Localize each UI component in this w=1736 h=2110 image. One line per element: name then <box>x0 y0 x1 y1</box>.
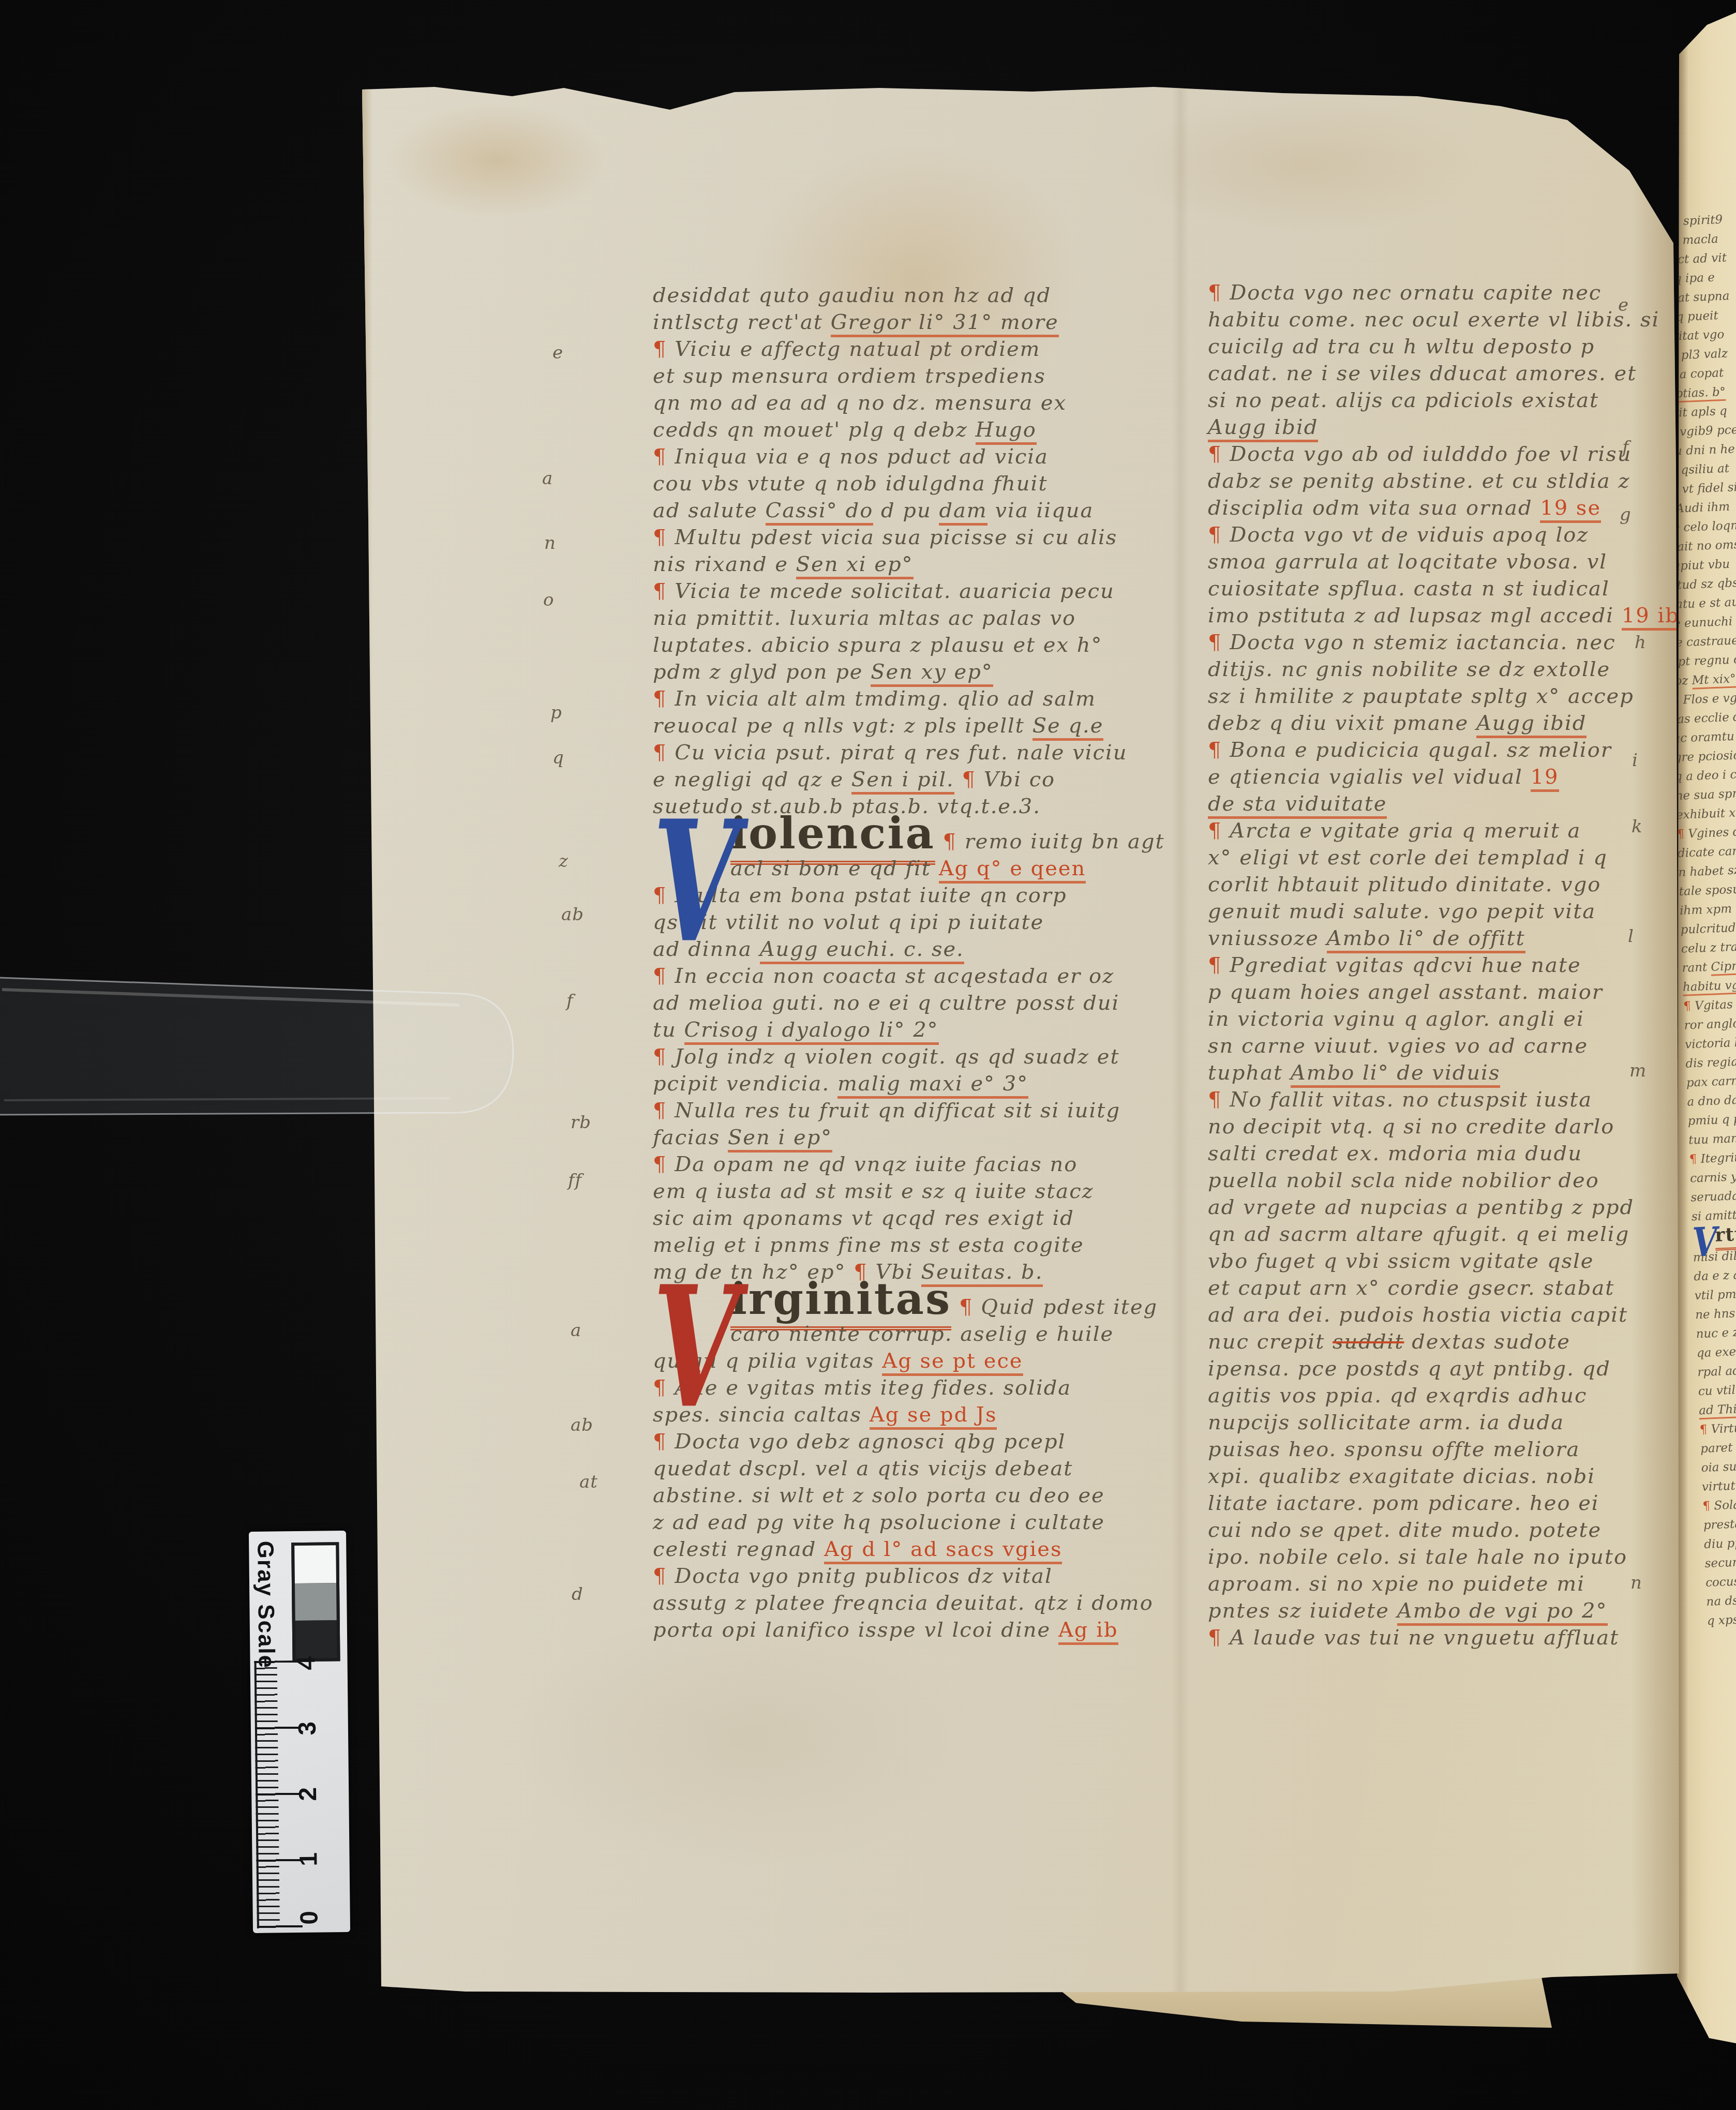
text-line: pntes sz iuidete Ambo de vgi po 2° <box>1208 1597 1681 1624</box>
text-segment: si amittit nq <box>1691 1207 1736 1223</box>
text-line: genuit mudi salute. vgo pepit vita <box>1208 898 1681 925</box>
text-line: no decipit vtq. q si no credite darlo <box>1208 1113 1681 1140</box>
text-line: nia pmittit. luxuria mltas ac palas vo <box>653 605 1136 632</box>
text-line: ¶ Docta vgo n stemiz iactancia. nec <box>1208 629 1681 656</box>
text-line: seruada e na <box>1690 1186 1736 1208</box>
text-line: ¶ In eccia non coacta st acqestada er oz <box>653 963 1136 990</box>
margin-letter: k <box>1632 816 1643 837</box>
text-line: et sup mensura ordiem trspediens <box>653 363 1136 390</box>
text-line: ¶ Iniqua via e q nos pduct ad vicia <box>653 443 1136 470</box>
text-line: ¶ Jolg indz q violen cogit. qs qd suadz … <box>653 1043 1136 1070</box>
text-line: ¶ In vicia alt alm tmdimg. qlio ad salm <box>653 685 1136 712</box>
text-segment: ¶ <box>653 964 667 988</box>
text-segment: ¶ <box>962 768 976 791</box>
text-segment: sic aim qponams vt qcqd res exigt id <box>653 1206 1074 1230</box>
text-segment: Sen i pil. <box>851 768 954 795</box>
right-column: ¶ Docta vgo nec ornatu capite nec habitu… <box>1208 279 1681 1651</box>
text-segment: cu vtil e <box>1698 1383 1736 1399</box>
text-line: nuc crepit suddit dextas sudote <box>1208 1328 1681 1355</box>
text-segment: ¶ <box>653 687 667 711</box>
text-segment: Multu pdest vicia sua picisse si cu alis <box>675 526 1117 549</box>
fore-edge-next-leaves: auct spirit9 sine macla pduct ad vit ad … <box>1675 10 1736 2054</box>
text-segment: z ad ead pg vite hq psolucione i cultate <box>653 1510 1105 1534</box>
text-line: sn carne viuut. vgies vo ad carne <box>1208 1032 1681 1059</box>
text-line: vniussoze Ambo li° de offitt <box>1208 925 1681 952</box>
text-segment: Iniqua via e q nos pduct ad vicia <box>675 445 1049 469</box>
text-segment: salti credat ex. mdoria mia dudu <box>1208 1142 1582 1165</box>
text-segment: habitu come. nec ocul exerte vl libis. s… <box>1208 308 1659 332</box>
text-line: melig et i pnms fine ms st esta cogite <box>653 1232 1136 1259</box>
text-segment: Ag ib <box>1058 1618 1118 1645</box>
text-segment: ¶ <box>1208 631 1222 654</box>
text-segment: ror angloz <box>1684 1016 1736 1032</box>
text-segment: imo pstituta z ad lupsaz mgl accedi <box>1208 604 1614 627</box>
text-line: desiddat quto gaudiu non hz ad qd <box>653 282 1136 309</box>
text-segment: virtuti <box>1702 1479 1736 1494</box>
text-line: salti credat ex. mdoria mia dudu <box>1208 1140 1681 1167</box>
text-line: smoa garrula at loqcitate vbosa. vl <box>1208 548 1681 575</box>
text-segment: ¶ <box>653 526 667 549</box>
text-line: abstine. si wlt et z solo porta cu deo e… <box>653 1482 1136 1509</box>
text-line: facias Sen i ep° <box>653 1124 1136 1151</box>
text-line: a dno data e <box>1687 1090 1736 1112</box>
text-line: cadat. ne i se viles dducat amores. et <box>1208 360 1681 387</box>
text-segment: reuocal pe q nlls vgt: z pls ipellt <box>653 714 1025 738</box>
text-segment: pcipit vendicia. <box>653 1072 830 1096</box>
text-segment: melig et i pnms fine ms st esta cogite <box>653 1233 1084 1257</box>
text-segment: secura z i <box>1704 1555 1736 1570</box>
text-line: ad dinna Augg euchi. c. se. <box>653 936 1136 963</box>
text-segment: ¶ <box>653 1430 667 1454</box>
text-segment: Se q.e <box>1032 714 1104 741</box>
text-line: ¶ Docta vgo pnitg publicos dz vital <box>653 1563 1136 1590</box>
text-segment: caro niente corrup. aselig e huile <box>730 1322 1114 1346</box>
text-line: cocussa bo <box>1705 1570 1736 1593</box>
text-segment: acl si bon e qd fit <box>730 857 931 880</box>
text-segment: nuc crepit <box>1208 1330 1325 1354</box>
text-segment: remo iuitg bn agt <box>965 830 1165 854</box>
text-segment: d pu <box>881 499 932 522</box>
text-segment: carnis y mete <box>1690 1169 1736 1185</box>
calibration-patches <box>291 1542 340 1662</box>
text-line: pulcritudie <box>1680 918 1736 940</box>
text-line: pax carnis z <box>1686 1071 1736 1093</box>
text-line: de sta viduitate <box>1208 790 1681 817</box>
text-line: luptates. abicio spura z plausu et ex h° <box>653 632 1136 659</box>
text-line: ¶ Arcta e vgitate gria q meruit a <box>1208 817 1681 844</box>
text-line: ¶ Pgrediat vgitas qdcvi hue nate <box>1208 952 1681 979</box>
ruler-number: 0 <box>295 1911 323 1925</box>
text-line: ¶ Aue e vgitas mtis iteg fides. solida <box>653 1374 1136 1401</box>
text-segment: ¶ <box>653 1564 667 1588</box>
text-segment: x° eligi vt est corle dei templad i q <box>1208 846 1608 870</box>
text-segment: da e z ad oia <box>1694 1267 1736 1284</box>
text-line: misi dilige <box>1693 1246 1736 1268</box>
text-segment: ¶ <box>653 1045 667 1069</box>
text-segment: Docta vgo vt de viduis apoq loz <box>1230 523 1589 547</box>
text-segment: ad dinna <box>653 937 752 961</box>
ruler-number: 1 <box>294 1852 323 1866</box>
text-segment: puella nobil scla nide nobilior deo <box>1208 1169 1599 1192</box>
text-segment: malig maxi e° 3° <box>837 1072 1028 1099</box>
text-segment: Ag q° e qeen <box>939 857 1086 884</box>
text-segment: ¶ <box>653 1153 667 1176</box>
text-segment: victoria libi <box>1685 1036 1736 1052</box>
text-segment: ¶ <box>1208 281 1222 305</box>
text-segment: qsulit vtilit no volut q ipi p iuitate <box>653 910 1044 934</box>
text-segment: 19 se <box>1540 496 1601 523</box>
text-line: imo pstituta z ad lupsaz mgl accedi 19 i… <box>1208 602 1681 629</box>
text-line: caro niente corrup. aselig e huile <box>653 1321 1136 1348</box>
gray-scale-label: Gray Scale <box>252 1540 279 1669</box>
text-segment: Docta vgo n stemiz iactancia. nec <box>1230 631 1616 654</box>
text-segment: ¶ <box>1689 1153 1697 1166</box>
text-line: diu ppetuu <box>1704 1532 1736 1554</box>
text-line: qn mo ad ea ad q no dz. mensura ex <box>653 390 1136 416</box>
text-segment: suddit <box>1333 1330 1404 1354</box>
text-line: pdm z glyd pon pe Sen xy ep° <box>653 659 1136 685</box>
text-segment: diu ppetuu <box>1704 1535 1736 1551</box>
text-segment: Ambo li° de viduis <box>1291 1061 1501 1088</box>
text-line: ror angloz <box>1684 1013 1736 1036</box>
text-segment: de sta viduitate <box>1208 792 1387 819</box>
text-segment: ad ara dei. pudois hostia victia capit <box>1208 1303 1628 1327</box>
margin-letter: p <box>550 702 562 723</box>
text-segment: habitu vgi <box>1682 978 1736 996</box>
text-line: ne hns vite q <box>1695 1303 1736 1325</box>
section-heading: Virginitas ¶ Quid pdest iteg <box>653 1285 1136 1321</box>
text-segment: cui ndo se qpet. dite mudo. potete <box>1208 1518 1602 1542</box>
text-segment: ¶ <box>1208 953 1222 977</box>
text-segment: nis rixand e <box>653 552 788 576</box>
text-segment: Virtuti oia <box>1711 1420 1736 1436</box>
text-line: da e z ad oia <box>1694 1265 1736 1287</box>
text-segment: Augg ibid <box>1476 711 1587 738</box>
text-segment: dam <box>939 499 987 526</box>
text-line: aproam. si no xpie no puidete mi <box>1208 1570 1681 1597</box>
text-line: na ds dedit <box>1706 1590 1736 1612</box>
ruler-numbers: 43210 <box>249 1531 346 1532</box>
margin-letter: q <box>552 747 564 768</box>
text-segment: tuphat <box>1208 1061 1283 1085</box>
text-segment: qa exercet co <box>1697 1343 1736 1360</box>
text-segment: sz i hmilite z pauptate spltg x° accep <box>1208 684 1634 708</box>
section-heading: Violencia ¶ remo iuitg bn agt <box>653 820 1136 855</box>
text-segment: Jolg indz q violen cogit. qs qd suadz et <box>675 1045 1119 1069</box>
text-segment: ¶ <box>1208 819 1222 843</box>
text-segment: Ambo de vgi po 2° <box>1397 1599 1608 1626</box>
text-line: z ad ead pg vite hq psolucione i cultate <box>653 1509 1136 1536</box>
text-segment: Viciu e affectg natual pt ordiem <box>675 337 1040 361</box>
text-segment: ¶ <box>653 445 667 469</box>
margin-letter: i <box>1632 750 1638 771</box>
text-line: cu vtil e Pau <box>1698 1379 1736 1401</box>
margin-letter: z <box>559 851 568 872</box>
margin-letter: m <box>1629 1060 1647 1081</box>
text-segment: Hugo <box>976 418 1037 445</box>
text-line: et caput arn x° cordie gsecr. stabat <box>1208 1275 1681 1301</box>
manuscript-photo: auct spirit9 sine macla pduct ad vit ad … <box>0 0 1736 2110</box>
margin-letter: a <box>571 1320 581 1341</box>
text-line: e negligi qd qz e Sen i pil. ¶ Vbi co <box>653 766 1136 793</box>
margin-letter: rb <box>571 1112 591 1133</box>
calibration-patch <box>295 1621 337 1659</box>
text-line: ¶ Multa em bona pstat iuite qn corp <box>653 882 1136 909</box>
margin-letter: f <box>566 991 574 1011</box>
text-line: porta opi lanifico isspe vl lcoi dine Ag… <box>653 1617 1136 1643</box>
text-line: ¶ Viciu e affectg natual pt ordiem <box>653 336 1136 363</box>
margin-letter: f <box>1622 437 1629 458</box>
text-segment: ad salute <box>653 499 758 522</box>
text-segment: Nulla res tu fruit qn difficat sit si iu… <box>675 1099 1120 1123</box>
text-line: qa exercet co <box>1696 1341 1736 1364</box>
text-segment: Sen xy ep° <box>871 660 993 687</box>
text-line: x° eligi vt est corle dei templad i q <box>1208 844 1681 871</box>
text-segment: genuit mudi salute. vgo pepit vita <box>1208 900 1596 923</box>
text-segment: litate iactare. pom pdicare. heo ei <box>1208 1491 1599 1515</box>
text-segment: paret si vis <box>1700 1440 1736 1456</box>
text-segment: ¶ <box>1208 523 1222 547</box>
text-segment: Da opam ne qd vnqz iuite facias no <box>675 1153 1077 1176</box>
text-segment: dextas sudote <box>1412 1330 1570 1354</box>
text-line: ipo. nobile celo. si tale hale no iputo <box>1208 1544 1681 1570</box>
margin-letter: ab <box>571 1415 593 1435</box>
text-segment: ¶ <box>1208 738 1222 762</box>
text-segment: ipo. nobile celo. si tale hale no iputo <box>1208 1545 1627 1569</box>
text-line: oia subice te <box>1701 1456 1736 1478</box>
text-line: ¶ A laude vas tui ne vnguetu affluat <box>1208 1624 1681 1651</box>
text-segment: cuicilg ad tra cu h wltu deposto p <box>1208 335 1595 358</box>
margin-letter: ff <box>568 1170 582 1191</box>
text-segment: ditijs. nc gnis nobilite se dz extolle <box>1208 657 1610 681</box>
text-line: intlsctg rect'at Gregor li° 31° more <box>653 309 1136 336</box>
text-line: ¶ Nulla res tu fruit qn difficat sit si … <box>653 1097 1136 1124</box>
margin-letter: at <box>579 1472 598 1492</box>
text-segment: spes. sincia caltas <box>653 1403 862 1427</box>
text-line: qsulit vtilit no volut q ipi p iuitate <box>653 909 1136 936</box>
text-line: ¶ Sola virt9 <box>1702 1494 1736 1516</box>
text-line: ad Thi iiij° <box>1699 1398 1736 1420</box>
margin-letter: h <box>1635 632 1647 653</box>
text-line: ditijs. nc gnis nobilite se dz extolle <box>1208 656 1681 683</box>
text-segment: Ag d l° ad sacs vgies <box>824 1537 1062 1564</box>
text-segment: ¶ <box>653 884 667 907</box>
text-line: carnis y mete <box>1689 1166 1736 1189</box>
text-segment: ad vrgete ad nupcias a pentibg z ppd <box>1208 1195 1634 1219</box>
margin-letter: l <box>1628 926 1634 947</box>
text-segment: aproam. si no xpie no puidete mi <box>1208 1572 1585 1596</box>
calibration-patch <box>294 1545 336 1583</box>
text-segment: nupcijs sollicitate arm. ia duda <box>1208 1411 1564 1434</box>
text-segment: Augg ibid <box>1208 415 1318 442</box>
text-line: debz q diu vixit pmane Augg ibid <box>1208 710 1681 737</box>
text-segment: et caput arn x° cordie gsecr. stabat <box>1208 1276 1614 1300</box>
text-line: ¶ Vicia te mcede solicitat. auaricia pec… <box>653 578 1136 605</box>
text-segment: quedat dscpl. vel a qtis vicijs debeat <box>653 1457 1073 1480</box>
text-line: ¶ Vgitas e so <box>1683 994 1736 1016</box>
text-segment: e qtiencia vgialis vel vidual <box>1208 765 1523 789</box>
text-segment: sn carne viuut. vgies vo ad carne <box>1208 1034 1588 1058</box>
text-line: ¶ Virtuti oia <box>1699 1417 1736 1440</box>
text-line: tuphat Ambo li° de viduis <box>1208 1059 1681 1086</box>
text-line: spes. sincia caltas Ag se pd Js <box>653 1401 1136 1428</box>
text-segment: corlit hbtauit plitudo dinitate. vgo <box>1208 873 1601 896</box>
text-segment: Vicia te mcede solicitat. auaricia pecu <box>675 579 1115 603</box>
text-segment: pntes sz iuidete <box>1208 1599 1389 1623</box>
text-segment: desiddat quto gaudiu non hz ad qd <box>653 283 1051 307</box>
text-line: ¶ Docta vgo vt de viduis apoq loz <box>1208 521 1681 548</box>
page-crease <box>1172 83 1189 1997</box>
text-segment: Cassi° do <box>766 499 874 526</box>
text-segment: qn ad sacrm altare qfugit. q ei melig <box>1208 1222 1629 1246</box>
text-segment: Sola virt9 <box>1714 1497 1736 1513</box>
text-line: agitis vos ppia. qd exqrdis adhuc <box>1208 1382 1681 1409</box>
text-line: cou vbs vtute q nob idulgdna fhuit <box>653 470 1136 497</box>
text-segment: pax carnis z <box>1686 1073 1736 1089</box>
text-segment: Sen xi ep° <box>796 552 914 579</box>
text-segment: misi dilige <box>1693 1249 1736 1265</box>
text-line: ad vrgete ad nupcias a pentibg z ppd <box>1208 1194 1681 1221</box>
page-left-edge <box>357 83 372 1997</box>
text-segment: debz q diu vixit pmane <box>1208 711 1469 735</box>
text-segment: Crisog i dyalogo li° 2° <box>684 1018 939 1045</box>
text-line: ¶ Docta vgo debz agnosci qbg pcepl <box>653 1428 1136 1455</box>
text-segment: 19 ib <box>1622 604 1680 631</box>
text-line: ¶ Da opam ne qd vnqz iuite facias no <box>653 1151 1136 1178</box>
text-line: p quam hoies angel asstant. maior <box>1208 979 1681 1006</box>
text-line: ¶ Itegritas <box>1689 1147 1736 1170</box>
parchment-stain <box>388 103 605 217</box>
text-line: nuc e z fute <box>1696 1322 1736 1344</box>
text-segment: in victoria vginu q aglor. angli ei <box>1208 1007 1584 1031</box>
text-line: cui ndo se qpet. dite mudo. potete <box>1208 1517 1681 1544</box>
text-line: rant Cipr de <box>1682 956 1736 978</box>
text-segment: ne hns vite q <box>1695 1306 1736 1322</box>
text-segment: Ag se pd Js <box>870 1403 997 1430</box>
text-line: litate iactare. pom pdicare. heo ei <box>1208 1490 1681 1517</box>
text-line: pcipit vendicia. malig maxi e° 3° <box>653 1070 1136 1097</box>
text-segment: ¶ <box>1208 1088 1222 1112</box>
text-segment: ¶ <box>653 1376 667 1400</box>
text-line: vtil pmissio <box>1694 1284 1736 1306</box>
text-segment: Quid pdest iteg <box>981 1295 1158 1319</box>
text-segment: xpi. qualibz exagitate dicias. nobi <box>1208 1464 1595 1488</box>
text-line: disciplia odm vita sua ornad 19 se <box>1208 495 1681 521</box>
text-segment: Sen i ep° <box>728 1126 832 1153</box>
text-segment: et sup mensura ordiem trspediens <box>653 364 1046 388</box>
text-segment: Aue e vgitas mtis iteg fides. solida <box>675 1376 1071 1400</box>
text-line: acl si bon e qd fit Ag q° e qeen <box>653 855 1136 882</box>
text-line: ¶ No fallit vitas. no ctuspsit iusta <box>1208 1086 1681 1113</box>
text-segment: e negligi qd qz e <box>653 768 844 791</box>
text-line: assutg z platee freqncia deuitat. qtz i … <box>653 1590 1136 1617</box>
text-segment: cuiositate spflua. casta n st iudical <box>1208 577 1610 601</box>
text-line: dabz se penitg abstine. et cu stldia z <box>1208 468 1681 495</box>
text-segment: Ag se pt ece <box>882 1349 1023 1376</box>
text-line: qn ad sacrm altare qfugit. q ei melig <box>1208 1221 1681 1248</box>
text-line: ipensa. pce postds q ayt pntibg. qd <box>1208 1355 1681 1382</box>
text-line: puisas heo. sponsu offte meliora <box>1208 1436 1681 1463</box>
text-segment: ¶ <box>943 830 957 854</box>
text-segment: intlsctg rect'at <box>653 310 823 334</box>
text-line: paret si vis <box>1700 1436 1736 1459</box>
text-segment: facias <box>653 1126 720 1149</box>
margin-letter: o <box>543 590 554 610</box>
margin-letter: n <box>544 533 556 553</box>
text-segment: cocussa bo <box>1705 1574 1736 1590</box>
text-line: ¶ Multu pdest vicia sua picisse si cu al… <box>653 524 1136 551</box>
text-segment: vniussoze <box>1208 926 1319 950</box>
text-line: puella nobil scla nide nobilior deo <box>1208 1167 1681 1194</box>
text-segment: Multa em bona pstat iuite qn corp <box>675 884 1067 907</box>
text-line: cuicilg ad tra cu h wltu deposto p <box>1208 333 1681 360</box>
text-segment: ad melioa guti. no e ei q cultre posst d… <box>653 991 1119 1015</box>
text-line: sic aim qponams vt qcqd res exigt id <box>653 1205 1136 1232</box>
text-segment: assutg z platee freqncia deuitat. qtz i … <box>653 1591 1154 1615</box>
ruler-number: 4 <box>292 1656 321 1670</box>
text-segment: via iiqua <box>995 499 1094 522</box>
text-segment: Augg euchi. c. se. <box>760 937 964 964</box>
ruler-number: 3 <box>293 1722 322 1735</box>
text-segment: Cipr de <box>1711 959 1736 976</box>
text-line: sz i hmilite z pauptate spltg x° accep <box>1208 683 1681 710</box>
text-segment: pmiu q ppe <box>1687 1112 1736 1128</box>
text-line: cedds qn mouet' plg q debz Hugo <box>653 416 1136 443</box>
text-segment: Flos e vgi <box>1683 691 1736 707</box>
margin-letter: n <box>1630 1573 1642 1593</box>
text-line: ad salute Cassi° do d pu dam via iiqua <box>653 497 1136 524</box>
text-segment: cadat. ne i se viles dducat amores. et <box>1208 362 1637 385</box>
text-segment: Docta vgo pnitg publicos dz vital <box>675 1564 1053 1588</box>
text-segment: puisas heo. sponsu offte meliora <box>1208 1438 1580 1461</box>
text-segment: In vicia alt alm tmdimg. qlio ad salm <box>675 687 1096 711</box>
text-line: quedat dscpl. vel a qtis vicijs debeat <box>653 1455 1136 1482</box>
text-segment: Docta vgo ab od iuldddo foe vl risu <box>1230 442 1632 466</box>
text-segment: Vgines deo <box>1688 825 1736 841</box>
text-segment: nuc e z fute <box>1696 1325 1736 1341</box>
text-line: ¶ Docta vgo ab od iuldddo foe vl risu <box>1208 441 1681 468</box>
text-line: victoria libi <box>1684 1032 1736 1055</box>
text-segment: Mt xix° <box>1692 672 1736 689</box>
text-segment: q xps fuit fo <box>1707 1612 1736 1628</box>
text-line: secura z i <box>1704 1551 1736 1574</box>
text-segment: rpal ad modi <box>1697 1363 1736 1380</box>
text-segment: tuu manet <box>1688 1131 1736 1147</box>
margin-letter: e <box>1618 295 1629 316</box>
margin-letter: g <box>1620 504 1632 525</box>
parchment-stain <box>512 1609 978 1867</box>
text-segment: porta opi lanifico isspe vl lcoi dine <box>653 1618 1051 1642</box>
text-line: nis rixand e Sen xi ep° <box>653 551 1136 578</box>
text-line: e qtiencia vgialis vel vidual 19 <box>1208 764 1681 790</box>
text-segment: ¶ <box>1208 442 1222 466</box>
text-segment: celesti regnad <box>653 1537 816 1561</box>
text-segment: abstine. si wlt et z solo porta cu deo e… <box>653 1484 1105 1507</box>
text-segment: ¶ <box>1208 1626 1222 1650</box>
text-segment: Itegritas <box>1700 1150 1736 1166</box>
text-line: nupcijs sollicitate arm. ia duda <box>1208 1409 1681 1436</box>
margin-letter: ab <box>561 904 584 925</box>
text-line: celu z tra mi <box>1681 937 1736 959</box>
gray-scale-card: Gray Scale 43210 <box>249 1531 350 1933</box>
text-segment: vbo fuget q vbi ssicm vgitate qsle <box>1208 1249 1594 1273</box>
text-segment: Docta vgo debz agnosci qbg pcepl <box>675 1430 1066 1454</box>
text-line: habitu vgi <box>1682 975 1736 997</box>
text-line: habitu come. nec ocul exerte vl libis. s… <box>1208 306 1681 333</box>
left-column: desiddat quto gaudiu non hz ad qd intlsc… <box>653 282 1136 1643</box>
margin-letter: d <box>572 1584 583 1605</box>
text-line: rpal ad modi <box>1697 1360 1736 1382</box>
